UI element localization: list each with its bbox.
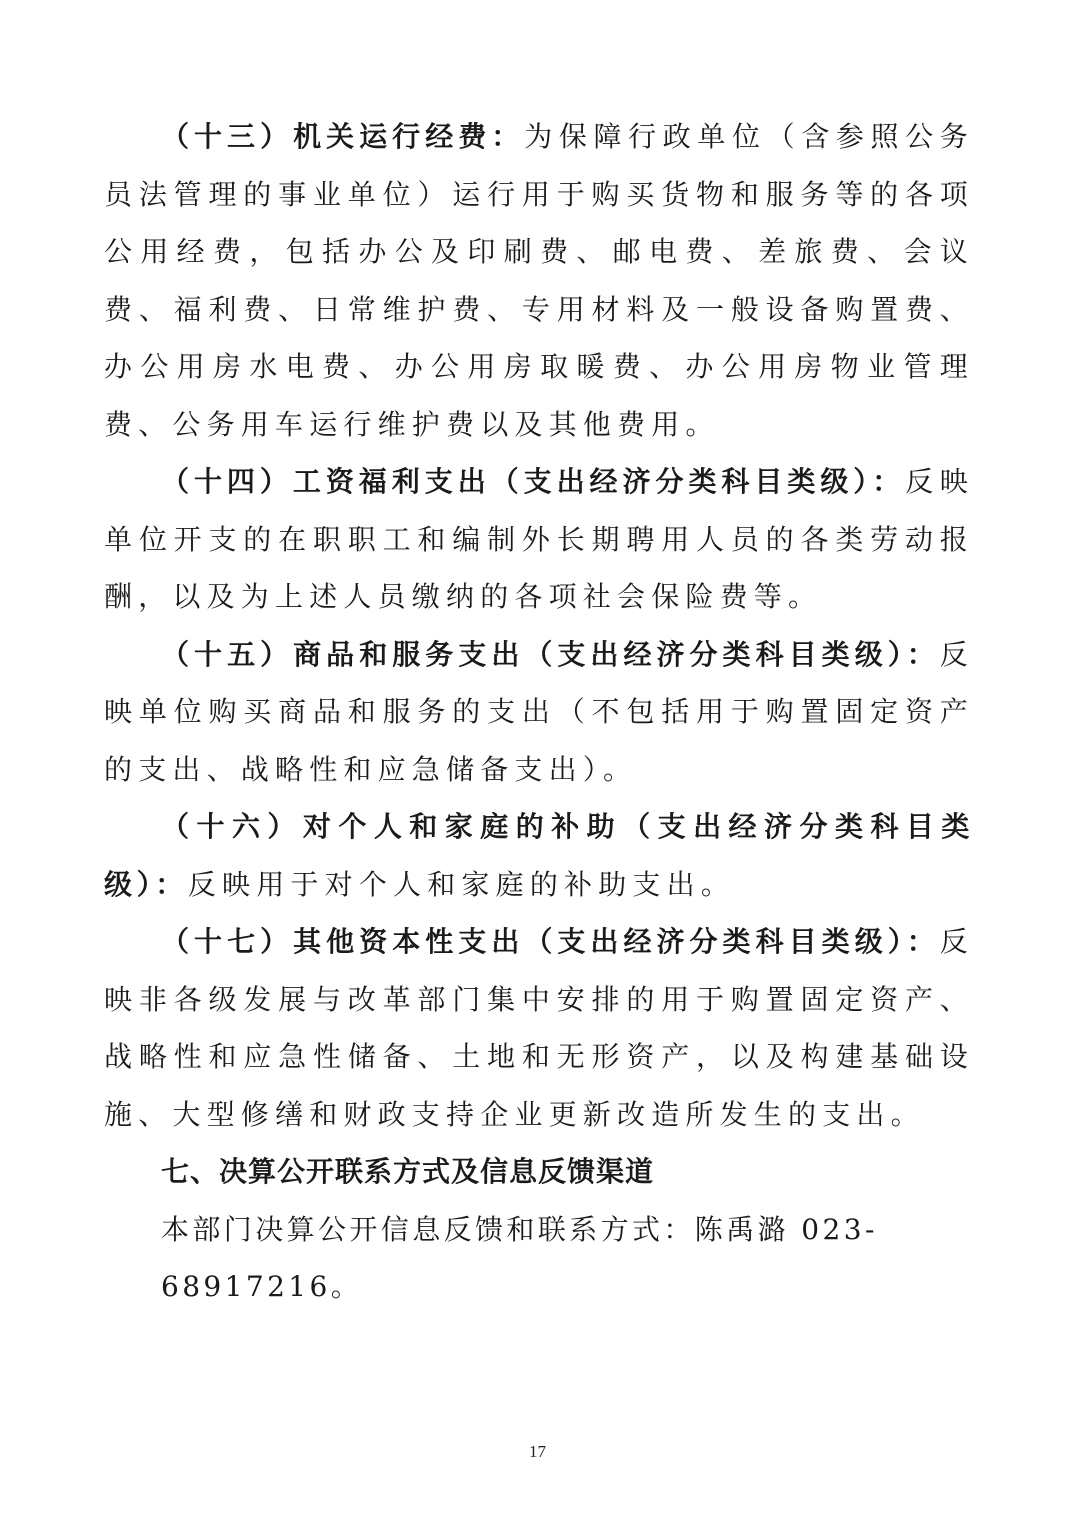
definition-text: 为保障行政单位（含参照公务员法管理的事业单位）运行用于购买货物和服务等的各项公用… (104, 120, 974, 441)
definition-paragraph-13: （十三）机关运行经费：为保障行政单位（含参照公务员法管理的事业单位）运行用于购买… (104, 108, 974, 453)
definition-paragraph-16: （十六）对个人和家庭的补助（支出经济分类科目类级）：反映用于对个人和家庭的补助支… (104, 798, 974, 913)
page-number: 17 (0, 1442, 1075, 1462)
definition-label: （十四）工资福利支出（支出经济分类科目类级）： (161, 465, 905, 498)
definition-text: 反映用于对个人和家庭的补助支出。 (188, 868, 735, 901)
definition-paragraph-17: （十七）其他资本性支出（支出经济分类科目类级）：反映非各级发展与改革部门集中安排… (104, 913, 974, 1143)
document-page: （十三）机关运行经费：为保障行政单位（含参照公务员法管理的事业单位）运行用于购买… (104, 108, 974, 1316)
definition-label: （十七）其他资本性支出（支出经济分类科目类级）： (161, 925, 940, 958)
section-heading: 七、决算公开联系方式及信息反馈渠道 (104, 1143, 974, 1201)
contact-info: 本部门决算公开信息反馈和联系方式：陈禹潞 023-68917216。 (104, 1201, 974, 1316)
definition-paragraph-15: （十五）商品和服务支出（支出经济分类科目类级）：反映单位购买商品和服务的支出（不… (104, 626, 974, 799)
definition-label: （十五）商品和服务支出（支出经济分类科目类级）： (161, 638, 940, 671)
definition-paragraph-14: （十四）工资福利支出（支出经济分类科目类级）：反映单位开支的在职职工和编制外长期… (104, 453, 974, 626)
definition-label: （十三）机关运行经费： (161, 120, 524, 153)
